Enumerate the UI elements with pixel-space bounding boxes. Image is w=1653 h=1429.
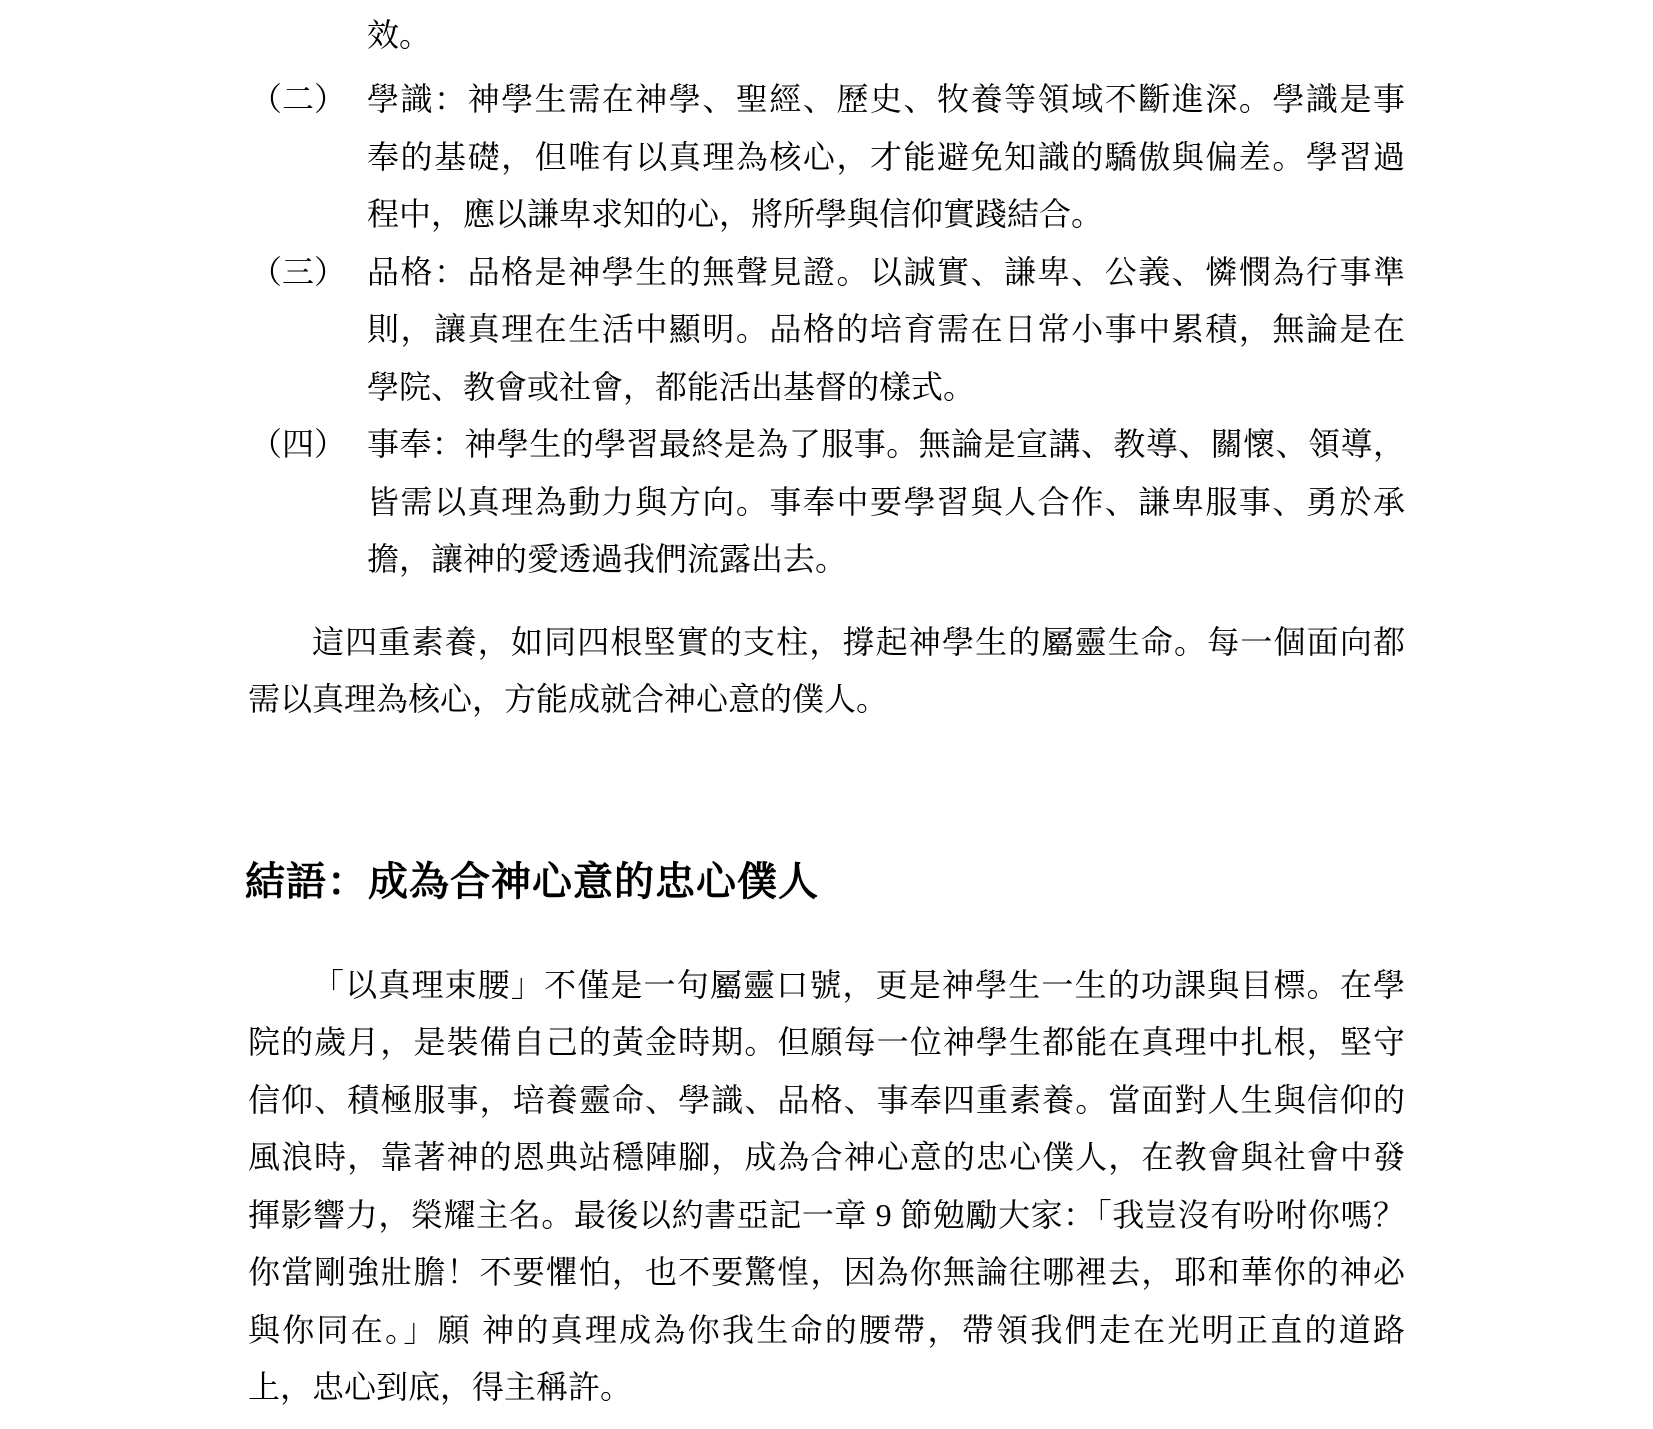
list-item-label: （二） xyxy=(248,71,367,129)
summary-paragraph: 這四重素養，如同四根堅實的支柱，撐起神學生的屬靈生命。每一個面向都 需以真理為核… xyxy=(248,614,1405,729)
list-item: （二） 學識：神學生需在神學、聖經、歷史、牧養等領域不斷進深。學識是事 奉的基礎… xyxy=(248,71,1405,244)
list-item-line: 擔，讓神的愛透過我們流露出去。 xyxy=(367,531,1405,589)
paragraph-line: 風浪時，靠著神的恩典站穩陣腳，成為合神心意的忠心僕人，在教會與社會中發 xyxy=(248,1129,1405,1187)
paragraph-line: 信仰、積極服事，培養靈命、學識、品格、事奉四重素養。當面對人生與信仰的 xyxy=(248,1072,1405,1130)
list-item-body: 學識：神學生需在神學、聖經、歷史、牧養等領域不斷進深。學識是事 奉的基礎，但唯有… xyxy=(367,71,1405,244)
list-item-line: 奉的基礎，但唯有以真理為核心，才能避免知識的驕傲與偏差。學習過 xyxy=(367,129,1405,187)
document-content: 效。 （二） 學識：神學生需在神學、聖經、歷史、牧養等領域不斷進深。學識是事 奉… xyxy=(248,7,1405,1417)
list-item-body: 事奉：神學生的學習最終是為了服事。無論是宣講、教導、關懷、領導， 皆需以真理為動… xyxy=(367,416,1405,589)
list-item-line: 程中，應以謙卑求知的心，將所學與信仰實踐結合。 xyxy=(367,186,1405,244)
document-page: 效。 （二） 學識：神學生需在神學、聖經、歷史、牧養等領域不斷進深。學識是事 奉… xyxy=(0,0,1653,1429)
list-item-line: 皆需以真理為動力與方向。事奉中要學習與人合作、謙卑服事、勇於承 xyxy=(367,474,1405,532)
list-item-line: 則，讓真理在生活中顯明。品格的培育需在日常小事中累積，無論是在 xyxy=(367,301,1405,359)
paragraph-line: 院的歲月，是裝備自己的黃金時期。但願每一位神學生都能在真理中扎根，堅守 xyxy=(248,1014,1405,1072)
list-item-label: （三） xyxy=(248,244,367,302)
paragraph-line: 這四重素養，如同四根堅實的支柱，撐起神學生的屬靈生命。每一個面向都 xyxy=(248,614,1405,672)
paragraph-line: 與你同在。」願 神的真理成為你我生命的腰帶，帶領我們走在光明正直的道路 xyxy=(248,1302,1405,1360)
list-item-label: （四） xyxy=(248,416,367,474)
list-item-body: 品格：品格是神學生的無聲見證。以誠實、謙卑、公義、憐憫為行事準 則，讓真理在生活… xyxy=(367,244,1405,417)
list-item-line: 學院、教會或社會，都能活出基督的樣式。 xyxy=(367,359,1405,417)
closing-heading: 結語：成為合神心意的忠心僕人 xyxy=(245,852,1405,912)
closing-paragraph: 「以真理束腰」不僅是一句屬靈口號，更是神學生一生的功課與目標。在學 院的歲月，是… xyxy=(248,957,1405,1417)
paragraph-line: 揮影響力，榮耀主名。最後以約書亞記一章 9 節勉勵大家：「我豈沒有吩咐你嗎？ xyxy=(248,1187,1405,1245)
paragraph-line: 你當剛強壯膽！不要懼怕，也不要驚惶，因為你無論往哪裡去，耶和華你的神必 xyxy=(248,1244,1405,1302)
list-item-line: 品格：品格是神學生的無聲見證。以誠實、謙卑、公義、憐憫為行事準 xyxy=(367,244,1405,302)
list-item-line: 事奉：神學生的學習最終是為了服事。無論是宣講、教導、關懷、領導， xyxy=(367,416,1405,474)
list-item-line: 學識：神學生需在神學、聖經、歷史、牧養等領域不斷進深。學識是事 xyxy=(367,71,1405,129)
paragraph-line: 上，忠心到底，得主稱許。 xyxy=(248,1359,1405,1417)
paragraph-line: 需以真理為核心，方能成就合神心意的僕人。 xyxy=(248,671,1405,729)
outline-list: （二） 學識：神學生需在神學、聖經、歷史、牧養等領域不斷進深。學識是事 奉的基礎… xyxy=(248,71,1405,589)
paragraph-line: 「以真理束腰」不僅是一句屬靈口號，更是神學生一生的功課與目標。在學 xyxy=(248,957,1405,1015)
list-item: （三） 品格：品格是神學生的無聲見證。以誠實、謙卑、公義、憐憫為行事準 則，讓真… xyxy=(248,244,1405,417)
continuation-line: 效。 xyxy=(248,7,1405,65)
list-item: （四） 事奉：神學生的學習最終是為了服事。無論是宣講、教導、關懷、領導， 皆需以… xyxy=(248,416,1405,589)
